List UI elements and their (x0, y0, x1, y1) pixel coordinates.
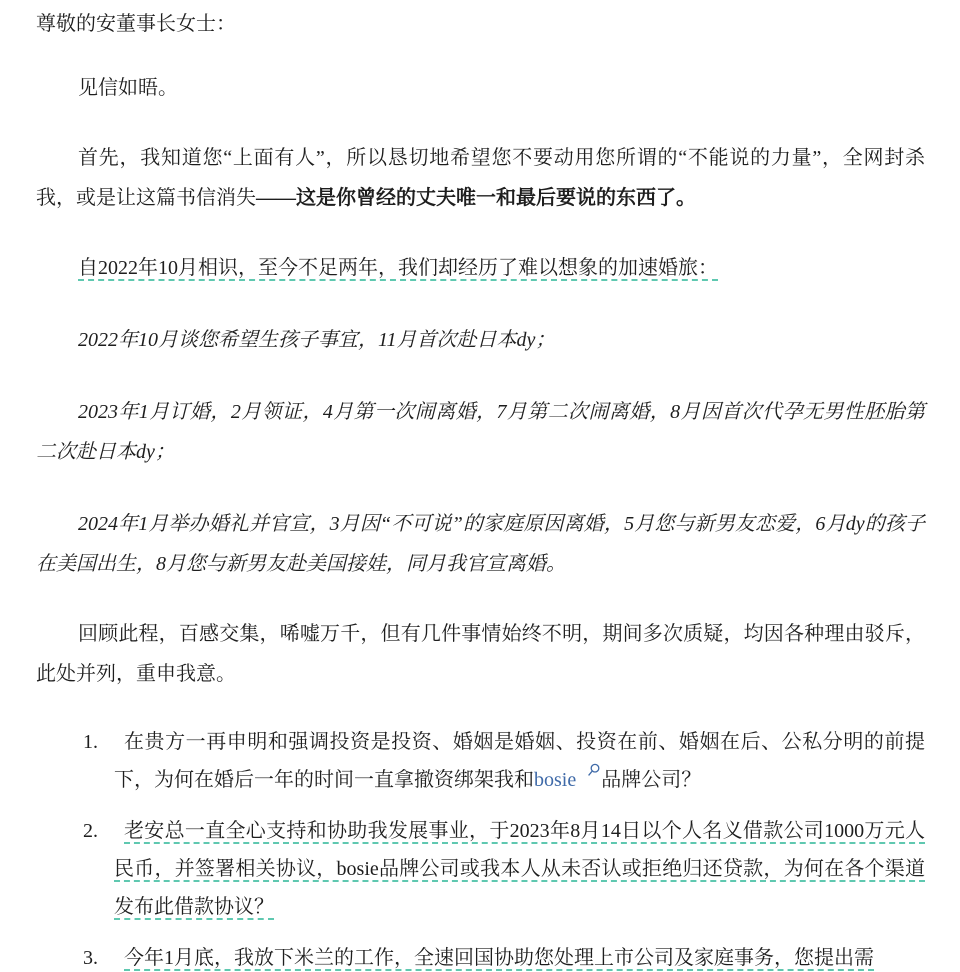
para-warning: 首先，我知道您“上面有人”，所以恳切地希望您不要动用您所谓的“不能说的力量”，全… (36, 138, 925, 218)
search-icon[interactable] (577, 763, 600, 777)
question-1-number: 1. (83, 723, 98, 761)
question-2-text: 老安总一直全心支持和协助我发展事业，于2023年8月14日以个人名义借款公司10… (114, 820, 925, 918)
question-1-text: 在贵方一再申明和强调投资是投资、婚姻是婚姻、投资在前、婚姻在后、公私分明的前提下… (114, 731, 925, 791)
letter-salutation: 尊敬的安董事长女士： (36, 10, 925, 38)
para-review: 回顾此程，百感交集，唏嘘万千，但有几件事情始终不明，期间多次质疑，均因各种理由驳… (36, 614, 925, 694)
question-1-text-before-link: 在贵方一再申明和强调投资是投资、婚姻是婚姻、投资在前、婚姻在后、公私分明的前提下… (114, 731, 925, 791)
timeline-entry-2024: 2024年1月举办婚礼并官宣，3月因“不可说”的家庭原因离婚，5月您与新男友恋爱… (36, 504, 925, 584)
question-3-number: 3. (83, 939, 98, 972)
question-item-3: 3.今年1月底，我放下米兰的工作，全速回国协助您处理上市公司及家庭事务，您提出需 (114, 939, 925, 972)
timeline-entry-2022: 2022年10月谈您希望生孩子事宜，11月首次赴日本dy； (36, 320, 925, 360)
question-item-2: 2.老安总一直全心支持和协助我发展事业，于2023年8月14日以个人名义借款公司… (114, 812, 925, 926)
question-1-text-after-link: 品牌公司？ (601, 769, 701, 791)
timeline-intro-text: 自2022年10月相识，至今不足两年，我们却经历了难以想象的加速婚旅： (78, 257, 718, 279)
letter-greeting: 见信如晤。 (36, 68, 925, 108)
para-timeline-intro: 自2022年10月相识，至今不足两年，我们却经历了难以想象的加速婚旅： (36, 248, 925, 288)
question-3-text: 今年1月底，我放下米兰的工作，全速回国协助您处理上市公司及家庭事务，您提出需 (124, 947, 874, 969)
questions-list: 1.在贵方一再申明和强调投资是投资、婚姻是婚姻、投资在前、婚姻在后、公私分明的前… (36, 723, 925, 972)
timeline-entry-2023: 2023年1月订婚，2月领证，4月第一次闹离婚，7月第二次闹离婚，8月因首次代孕… (36, 392, 925, 472)
warning-emphasis: ——这是你曾经的丈夫唯一和最后要说的东西了。 (256, 187, 696, 209)
bosie-link[interactable]: bosie (534, 769, 576, 791)
question-item-1: 1.在贵方一再申明和强调投资是投资、婚姻是婚姻、投资在前、婚姻在后、公私分明的前… (114, 723, 925, 799)
letter-page: 尊敬的安董事长女士： 见信如晤。 首先，我知道您“上面有人”，所以恳切地希望您不… (0, 0, 960, 972)
question-2-number: 2. (83, 812, 98, 850)
